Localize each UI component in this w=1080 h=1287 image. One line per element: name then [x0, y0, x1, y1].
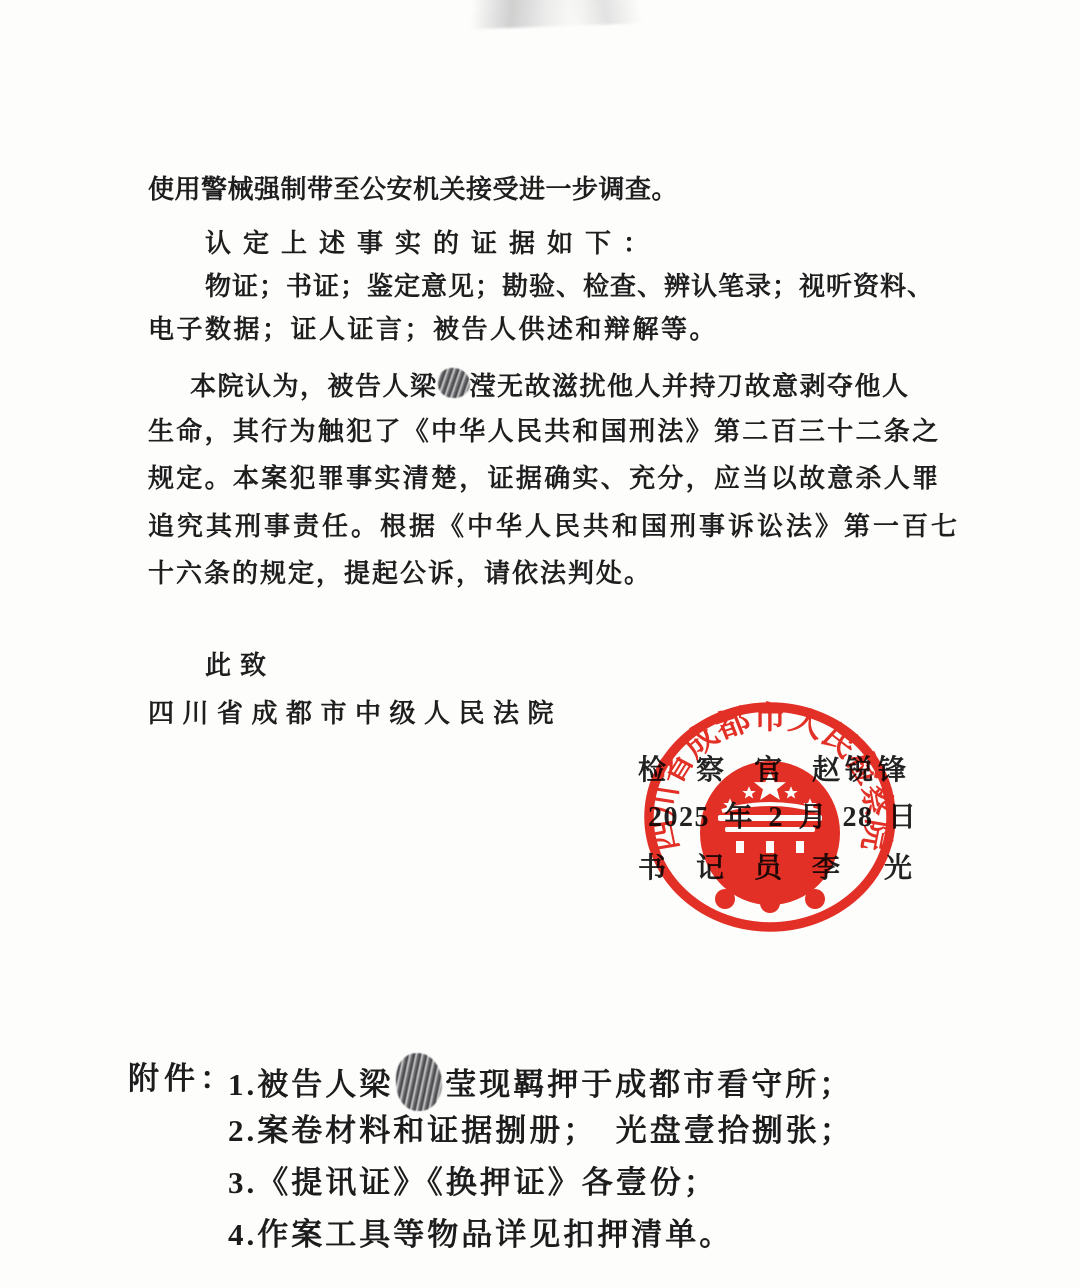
attachment-item-1: 1.被告人梁莹现羁押于成都市看守所； [228, 1053, 853, 1111]
body-line-9: 十六条的规定，提起公诉，请依法判处。 [148, 558, 652, 591]
attachment-item-2: 2.案卷材料和证据捌册； 光盘壹拾捌张； [228, 1105, 854, 1150]
body-line-1: 使用警械强制带至公安机关接受进一步调查。 [148, 174, 678, 207]
body-line-4: 电子数据；证人证言；被告人供述和辩解等。 [148, 314, 718, 347]
prosecutor-signature-line: 检察官赵锐锋 [638, 748, 911, 788]
body-line-5-post: 滢无故滋扰他人并持刀故意剥夺他人 [470, 372, 910, 401]
attachment-item-4: 4.作案工具等物品详见扣押清单。 [228, 1209, 733, 1254]
salutation: 此致 [205, 650, 275, 683]
body-line-5: 本院认为，被告人梁滢无故滋扰他人并持刀故意剥夺他人 [190, 368, 910, 404]
addressed-court: 四川省成都市中级人民法院 [148, 698, 562, 731]
document-page: 使用警械强制带至公安机关接受进一步调查。 认定上述事实的证据如下： 物证；书证；… [0, 0, 1080, 1287]
body-line-5-pre: 本院认为，被告人梁 [190, 372, 438, 401]
body-line-8: 追究其刑事责任。根据《中华人民共和国刑事诉讼法》第一百七 [148, 511, 960, 544]
scan-smudge [455, 0, 676, 30]
clerk-title: 书记员 [638, 853, 812, 884]
body-line-2: 认定上述事实的证据如下： [205, 228, 661, 261]
attachments-label: 附件： [128, 1053, 236, 1098]
signature-date: 2025 年 2 月 28 日 [648, 795, 918, 835]
body-line-3: 物证；书证；鉴定意见；勘验、检查、辨认笔录；视听资料、 [205, 271, 934, 304]
redaction-mark [436, 367, 470, 400]
body-line-6: 生命，其行为触犯了《中华人民共和国刑法》第二百三十二条之 [148, 416, 940, 449]
attachment-item-1-post: 莹现羁押于成都市看守所； [445, 1067, 853, 1102]
clerk-name: 李 光 [812, 853, 920, 884]
clerk-signature-line: 书记员李 光 [638, 846, 920, 886]
body-line-7: 规定。本案犯罪事实清楚，证据确实、充分，应当以故意杀人罪 [148, 463, 940, 496]
attachment-item-1-pre: 1.被告人梁 [228, 1067, 393, 1102]
redaction-mark [395, 1052, 443, 1112]
prosecutor-title: 检察官 [638, 755, 812, 786]
attachment-item-3: 3.《提讯证》《换押证》各壹份； [228, 1157, 718, 1202]
prosecutor-name: 赵锐锋 [812, 755, 911, 786]
